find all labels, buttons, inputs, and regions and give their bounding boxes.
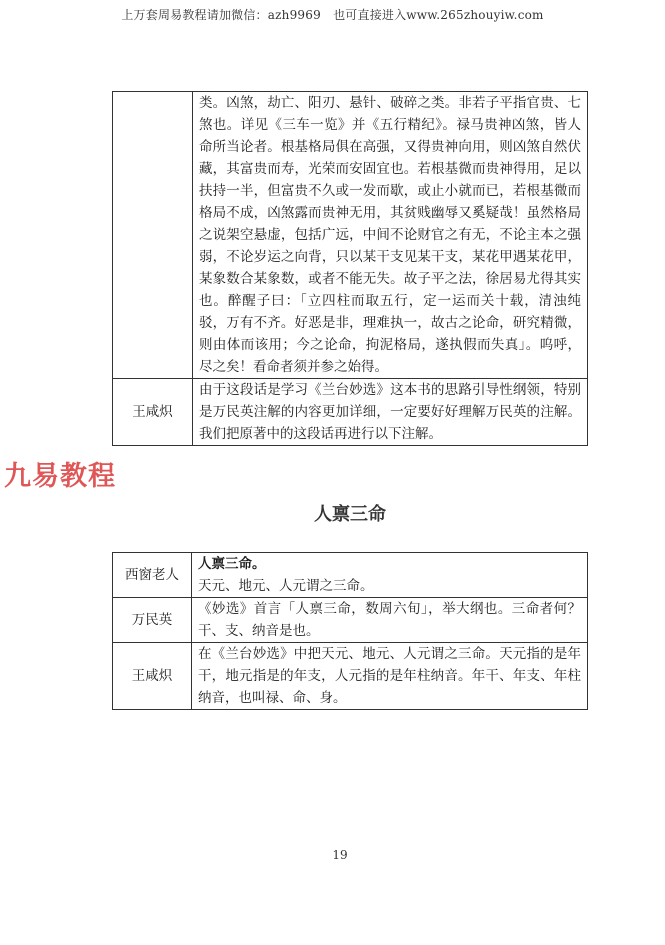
- header-banner: 上万套周易教程请加微信：azh9969 也可直接进入www.265zhouyiw…: [0, 6, 665, 23]
- section-title: 人禀三命: [0, 500, 665, 526]
- commentary-text: 天元、地元、人元谓之三命。: [198, 575, 581, 597]
- text-cell: 类。凶煞，劫亡、阳刃、悬针、破碎之类。非若子平指官贵、七煞也。详见《三车一览》并…: [193, 92, 588, 379]
- text-cell: 《妙选》首言「人禀三命，数周六旬」，举大纲也。三命者何？干、支、纳音是也。: [192, 598, 588, 643]
- text-cell: 人禀三命。 天元、地元、人元谓之三命。: [192, 553, 588, 598]
- speaker-cell: 王咸炽: [113, 643, 192, 710]
- speaker-cell: [113, 92, 193, 379]
- commentary-text: 类。凶煞，劫亡、阳刃、悬针、破碎之类。非若子平指官贵、七煞也。详见《三车一览》并…: [199, 92, 581, 378]
- table-row: 王咸炽 由于这段话是学习《兰台妙选》这本书的思路引导性纲领，特别是万民英注解的内…: [113, 379, 588, 446]
- speaker-cell: 西窗老人: [113, 553, 192, 598]
- watermark-logo: 九易教程: [4, 454, 116, 493]
- commentary-text: 由于这段话是学习《兰台妙选》这本书的思路引导性纲领，特别是万民英注解的内容更加详…: [199, 379, 581, 445]
- commentary-text: 在《兰台妙选》中把天元、地元、人元谓之三命。天元指的是年干，地元指是的年支，人元…: [198, 643, 581, 709]
- commentary-table: 西窗老人 人禀三命。 天元、地元、人元谓之三命。 万民英 《妙选》首言「人禀三命…: [112, 552, 588, 710]
- speaker-cell: 王咸炽: [113, 379, 193, 446]
- speaker-cell: 万民英: [113, 598, 192, 643]
- commentary-table-continued: 类。凶煞，劫亡、阳刃、悬针、破碎之类。非若子平指官贵、七煞也。详见《三车一览》并…: [112, 91, 588, 446]
- table-row: 类。凶煞，劫亡、阳刃、悬针、破碎之类。非若子平指官贵、七煞也。详见《三车一览》并…: [113, 92, 588, 379]
- page-number: 19: [0, 848, 665, 862]
- commentary-text: 《妙选》首言「人禀三命，数周六旬」，举大纲也。三命者何？干、支、纳音是也。: [198, 598, 581, 642]
- table-row: 西窗老人 人禀三命。 天元、地元、人元谓之三命。: [113, 553, 588, 598]
- original-text: 人禀三命。: [198, 553, 581, 575]
- text-cell: 由于这段话是学习《兰台妙选》这本书的思路引导性纲领，特别是万民英注解的内容更加详…: [193, 379, 588, 446]
- table-row: 王咸炽 在《兰台妙选》中把天元、地元、人元谓之三命。天元指的是年干，地元指是的年…: [113, 643, 588, 710]
- table-row: 万民英 《妙选》首言「人禀三命，数周六旬」，举大纲也。三命者何？干、支、纳音是也…: [113, 598, 588, 643]
- text-cell: 在《兰台妙选》中把天元、地元、人元谓之三命。天元指的是年干，地元指是的年支，人元…: [192, 643, 588, 710]
